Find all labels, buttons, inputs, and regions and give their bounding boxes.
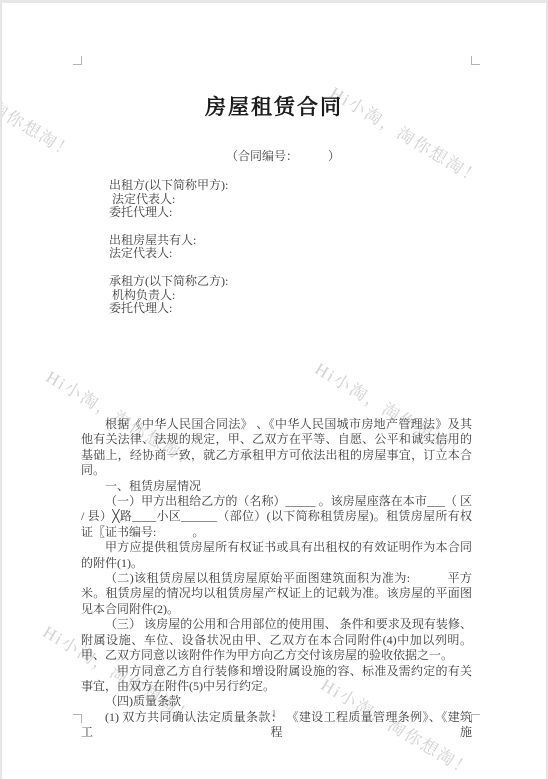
lessor-line: 出租方(以下简称甲方): (109, 179, 228, 193)
paragraph-preamble: 根据《中华人民国合同法》 、《中华人民国城市房地产管理法》及其他有关法律、法规的… (81, 417, 472, 479)
contract-number-line: （合同编号： ） (2, 147, 546, 164)
paragraph-clause-1-3: （三） 该房屋的公用和合用部位的使用围、 条件和要求及现有装修、 附属设施、车位… (81, 617, 472, 663)
parties-block: 出租方(以下简称甲方): 法定代表人: 委托代理人: 出租房屋共有人: 法定代表… (109, 179, 228, 330)
word-document-view: Hi小淘，淘你想淘！ Hi小淘，淘你想淘！ Hi小淘，淘你想淘！ Hi小淘，淘你… (0, 0, 548, 779)
lessee-group: 承租方(以下简称乙方): 机构负责人: 委托代理人: (109, 275, 228, 316)
document-page: Hi小淘，淘你想淘！ Hi小淘，淘你想淘！ Hi小淘，淘你想淘！ Hi小淘，淘你… (1, 3, 547, 779)
contract-body: 根据《中华人民国合同法》 、《中华人民国城市房地产管理法》及其他有关法律、法规的… (81, 417, 472, 741)
crop-mark-top-right (471, 56, 480, 65)
lessor-agent-line: 委托代理人: (109, 206, 228, 220)
lessor-group: 出租方(以下简称甲方): 法定代表人: 委托代理人: (109, 179, 228, 220)
page-number: 1 (2, 708, 546, 720)
paragraph-clause-1-1-attachment: 甲方应提供租赁房屋所有权证书或具有出租权的有效证明作为本合同的附件(1)。 (81, 540, 472, 571)
document-title: 房屋租赁合同 (2, 95, 546, 119)
lessee-line: 承租方(以下简称乙方): (109, 275, 228, 289)
co-owner-group: 出租房屋共有人: 法定代表人: (109, 234, 228, 261)
paragraph-clause-1-2: （二)该租赁房屋以租赁房屋原始平面图建筑面积为准为: 平方米。租赁房屋的情况均以… (81, 571, 472, 617)
paragraph-section-1-heading: 一、租赁房屋情况 (81, 479, 472, 494)
paragraph-clause-1-3-extra: 甲方同意乙方自行装修和增设附属设施的容、标准及需约定的有关事宜，由双方在附件(5… (81, 664, 472, 695)
crop-mark-top-left (73, 56, 82, 65)
paragraph-clause-1-1: （一）甲方出租给乙方的（名称）_____ 。该房屋座落在本市___（ 区 / 县… (81, 494, 472, 540)
lessee-agent-line: 委托代理人: (109, 302, 228, 316)
co-owner-legal-representative-line: 法定代表人: (109, 247, 228, 261)
